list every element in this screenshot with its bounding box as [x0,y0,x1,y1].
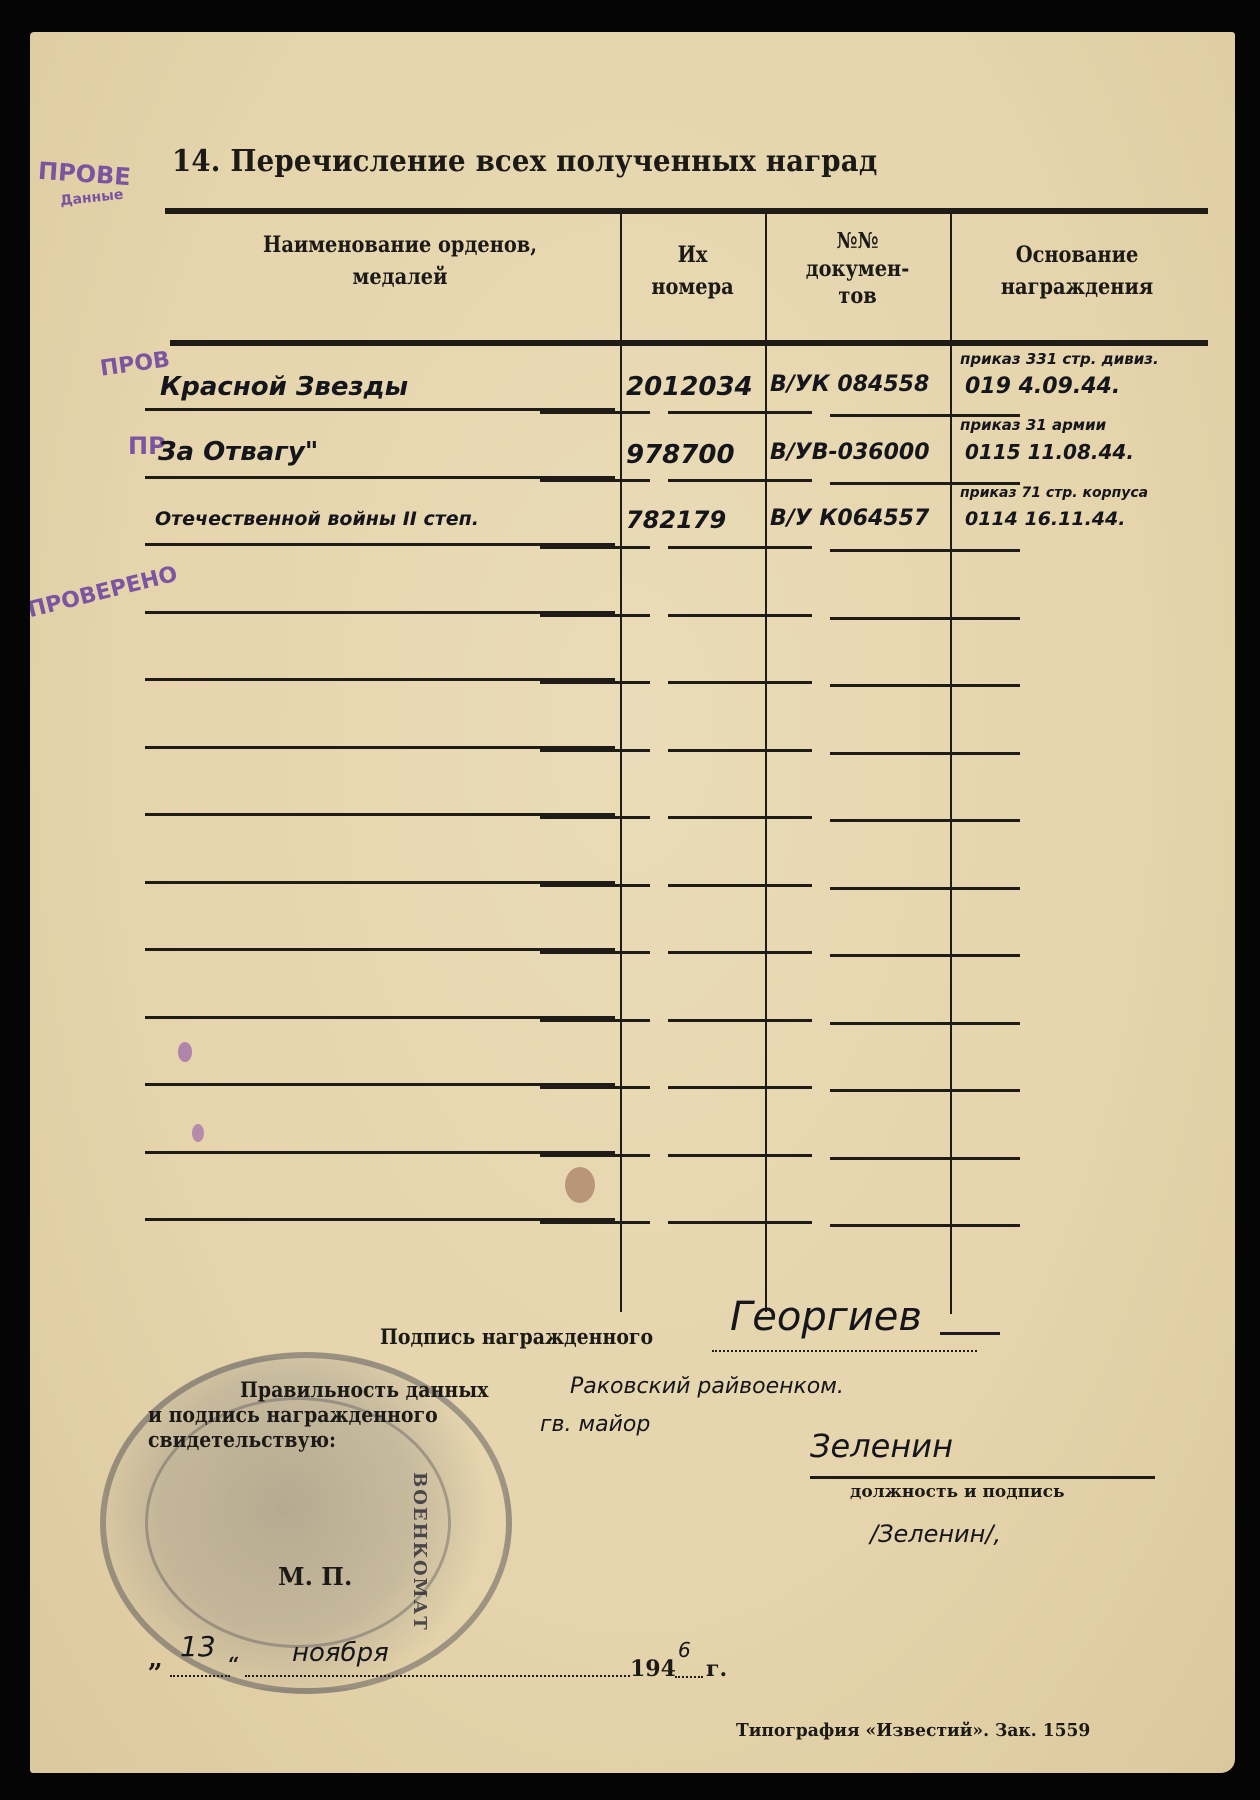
header-text: награждения [967,272,1187,304]
header-text: докумен- [776,256,939,284]
award-number: 782179 [626,506,726,534]
empty-row-line [540,951,650,954]
certify-text-3: свидетельствую: [148,1427,336,1452]
empty-row-line [668,1019,812,1022]
basis-order: приказ 31 армии [960,416,1106,434]
section-title: 14. Перечисление всех полученных наград [172,144,877,179]
date-year-prefix: 194 [630,1656,676,1682]
award-certificate-page: 14. Перечисление всех полученных наград … [30,32,1235,1773]
header-text: тов [776,283,939,311]
award-number: 978700 [626,440,735,470]
empty-row-line [668,884,812,887]
empty-row-line [540,816,650,819]
row-underline [668,546,812,549]
empty-row-line [668,614,812,617]
date-month: ноября [292,1638,389,1668]
basis-order: приказ 331 стр. дивиз. [960,350,1159,368]
award-name: За Отвагу" [158,437,318,467]
empty-row-line [830,819,1020,822]
recipient-signature-label: Подпись награжденного [380,1324,653,1349]
header-text: медалей [206,262,593,294]
header-bottom-rule [170,340,1208,346]
basis-order: приказ 71 стр. корпуса [960,485,1148,501]
row-underline [540,479,650,482]
empty-row-line [830,1224,1020,1227]
recipient-signature: Георгиев [730,1294,922,1340]
basis-date: 019 4.09.44. [965,374,1120,399]
empty-row-line [830,752,1020,755]
date-close-quote: “ [228,1652,240,1676]
row-underline [830,549,1020,552]
official-office: Раковский райвоенком. [570,1374,844,1399]
checked-stamp: ПРОВЕ [37,157,131,191]
empty-row-line [830,617,1020,620]
row-underline [540,411,650,414]
certify-text-2: и подпись награжденного [148,1402,438,1427]
recipient-signature-line [712,1350,977,1352]
checked-stamp-data: Данные [59,187,124,210]
empty-row-line [668,1086,812,1089]
empty-row-line [540,1019,650,1022]
table-top-rule [165,208,1208,214]
official-rank: гв. майор [540,1412,650,1437]
empty-row-line [668,749,812,752]
signature-flourish [940,1332,1000,1335]
empty-row-line [830,954,1020,957]
header-text: Основание [967,240,1187,272]
certify-text-1: Правильность данных [240,1377,488,1402]
empty-row-line [668,951,812,954]
empty-row-line [830,1089,1020,1092]
empty-row-line [540,1086,650,1089]
printer-imprint: Типография «Известий». Зак. 1559 [736,1720,1090,1741]
row-underline [830,482,1020,485]
ink-smudge [178,1042,192,1062]
empty-row-line [830,887,1020,890]
document-number: В/УК 084558 [770,372,929,397]
document-number: В/У К064557 [770,506,929,531]
award-number: 2012034 [626,372,753,402]
date-month-line [245,1675,630,1677]
empty-row-line [540,749,650,752]
date-open-quote: „ [148,1644,163,1674]
official-name: /Зеленин/, [870,1520,1001,1548]
seal-place-label: М. П. [278,1562,352,1591]
row-underline [540,546,650,549]
empty-row-line [540,1154,650,1157]
header-award-basis: Основание награждения [967,240,1187,304]
empty-row-line [540,1221,650,1224]
award-name: Отечественной войны II степ. [155,508,479,530]
row-underline [668,479,812,482]
date-year-suffix: 6 [678,1638,691,1662]
empty-row-line [668,681,812,684]
header-text: номера [629,272,757,304]
seal-ring-text: ВОЕНКОМАТ [409,1472,430,1632]
header-text: №№ [776,228,939,256]
empty-row-line [830,684,1020,687]
date-day: 13 [180,1630,216,1663]
header-document-number: №№ докумен- тов [776,228,939,311]
award-name: Красной Звезды [160,372,408,402]
basis-date: 0114 16.11.44. [965,508,1125,530]
document-number: В/УВ-036000 [770,440,930,465]
empty-row-line [830,1157,1020,1160]
row-underline [668,411,812,414]
stain [565,1167,595,1203]
header-award-name: Наименование орденов, медалей [206,230,593,294]
empty-row-line [540,681,650,684]
date-day-line [170,1675,230,1677]
empty-row-line [540,884,650,887]
header-text: Наименование орденов, [206,230,593,262]
column-divider [950,214,952,1314]
position-and-signature-label: должность и подпись [850,1482,1065,1502]
header-text: Их [629,240,757,272]
row-underline [830,414,1020,417]
column-divider [620,214,622,1312]
empty-row-line [830,1022,1020,1025]
empty-row-line [540,614,650,617]
empty-row-line [668,1221,812,1224]
official-signature-line [810,1476,1155,1479]
date-year-unit: г. [706,1656,727,1682]
ink-smudge [192,1124,204,1142]
date-year-line [675,1676,703,1678]
official-signature: Зеленин [810,1427,953,1465]
empty-row-line [668,1154,812,1157]
header-award-number: Их номера [629,240,757,304]
basis-date: 0115 11.08.44. [965,440,1134,464]
column-divider [765,214,767,1312]
empty-row-line [668,816,812,819]
